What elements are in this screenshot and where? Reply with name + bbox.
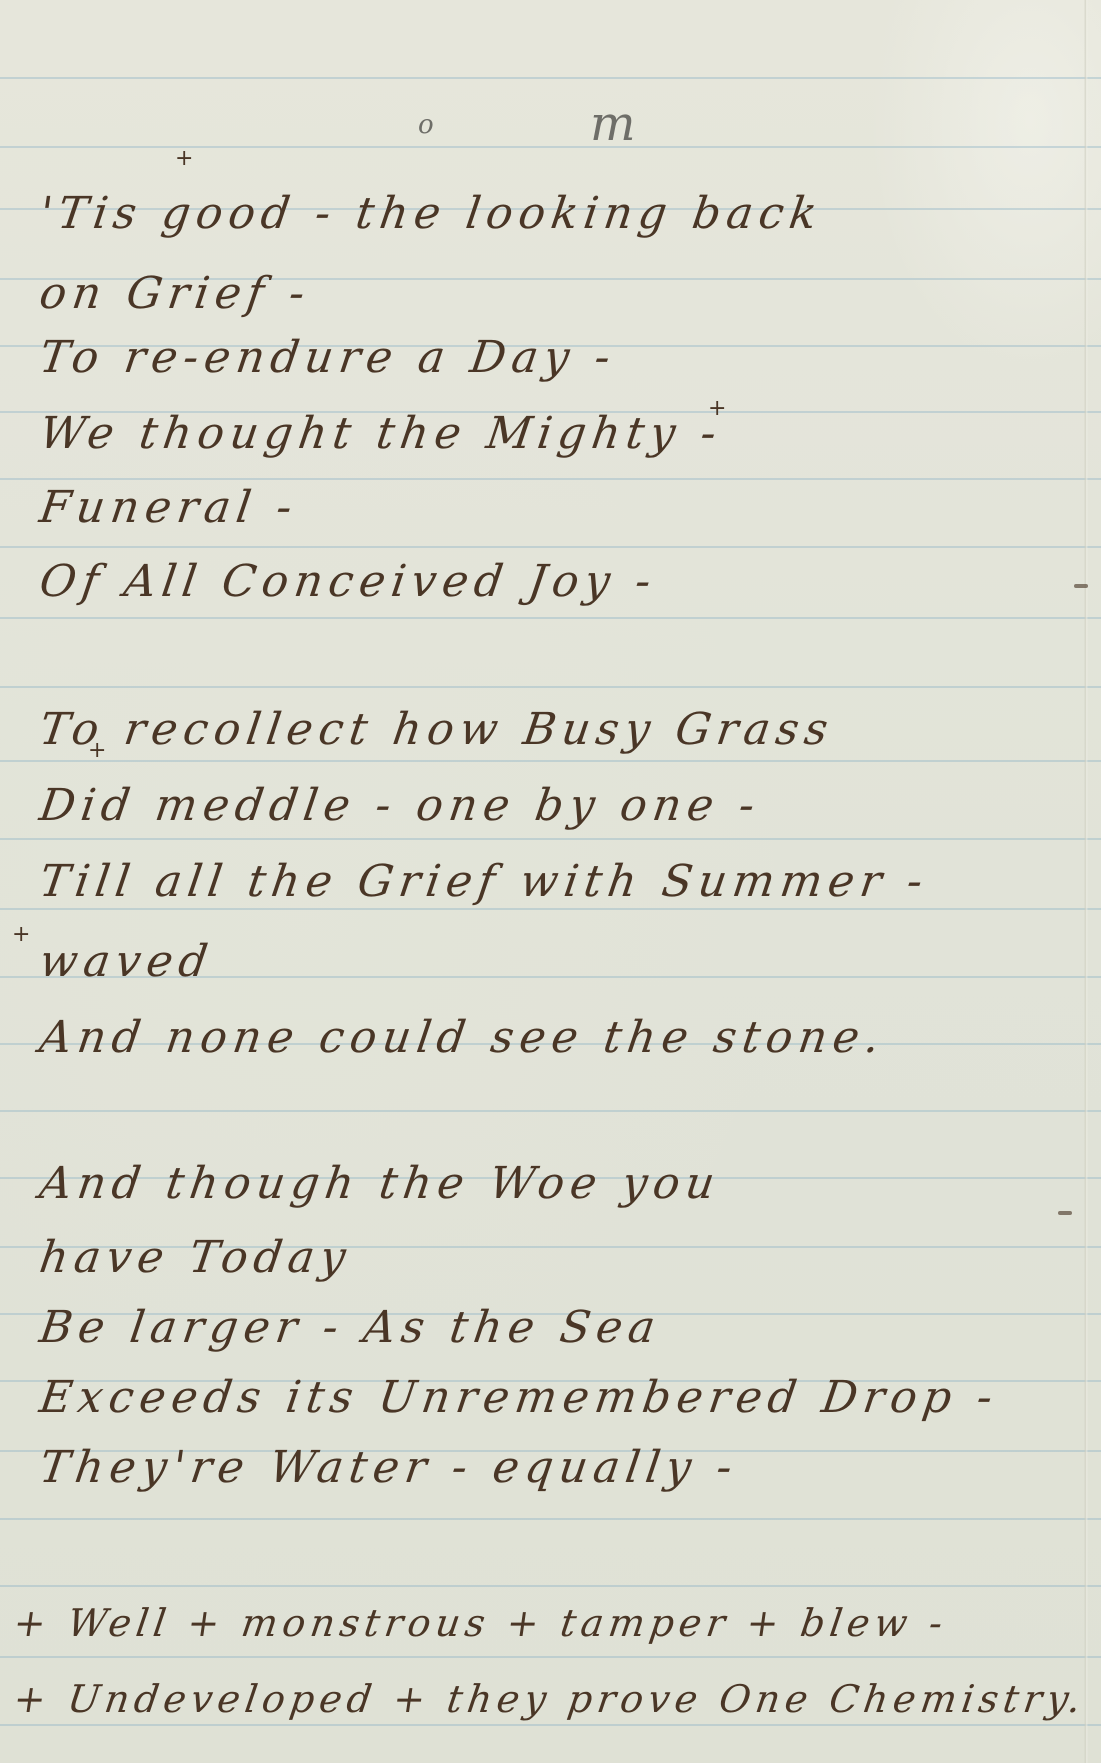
ruled-line — [0, 146, 1101, 148]
manuscript-line: on Grief - — [37, 272, 313, 316]
manuscript-line: Of All Conceived Joy - — [37, 560, 660, 604]
variant-readings-line: + Well + monstrous + tamper + blew - — [11, 1604, 950, 1642]
manuscript-line: Did meddle - one by one - — [37, 784, 763, 828]
insertion-mark: + — [12, 924, 30, 946]
variant-readings-line: + Undeveloped + they prove One Chemistry… — [11, 1680, 1088, 1718]
manuscript-line: Be larger - As the Sea — [37, 1306, 664, 1350]
manuscript-line: Funeral - — [37, 486, 301, 530]
manuscript-line: They're Water - equally - — [37, 1446, 741, 1490]
ruled-line — [0, 1724, 1101, 1726]
edge-mark — [1058, 1211, 1072, 1215]
pencil-notation: m — [590, 100, 636, 148]
manuscript-line: And though the Woe you — [37, 1162, 723, 1206]
manuscript-line: Exceeds its Unremembered Drop - — [37, 1376, 1001, 1420]
ruled-line — [0, 478, 1101, 480]
manuscript-line: And none could see the stone. — [37, 1016, 888, 1060]
manuscript-page: o m + + + + 'Tis good - the looking back… — [0, 0, 1101, 1763]
manuscript-line: To recollect how Busy Grass — [37, 708, 836, 752]
pencil-circle-mark: o — [418, 112, 434, 138]
manuscript-line: waved — [37, 940, 216, 984]
ruled-line — [0, 77, 1101, 79]
manuscript-line: 'Tis good - the looking back — [37, 192, 825, 236]
ruled-line — [0, 686, 1101, 688]
manuscript-line: We thought the Mighty - — [37, 412, 725, 456]
manuscript-line: have Today — [37, 1236, 354, 1280]
ruled-line — [0, 1656, 1101, 1658]
ruled-line — [0, 617, 1101, 619]
ruled-line — [0, 908, 1101, 910]
ruled-line — [0, 1110, 1101, 1112]
insertion-mark: + — [175, 148, 193, 170]
manuscript-line: Till all the Grief with Summer - — [37, 860, 931, 904]
ruled-line — [0, 1518, 1101, 1520]
ruled-line — [0, 546, 1101, 548]
manuscript-line: To re-endure a Day - — [37, 336, 619, 380]
page-fold — [1084, 0, 1088, 1763]
ruled-line — [0, 838, 1101, 840]
edge-mark — [1074, 584, 1088, 588]
ruled-line — [0, 1585, 1101, 1587]
ruled-line — [0, 760, 1101, 762]
